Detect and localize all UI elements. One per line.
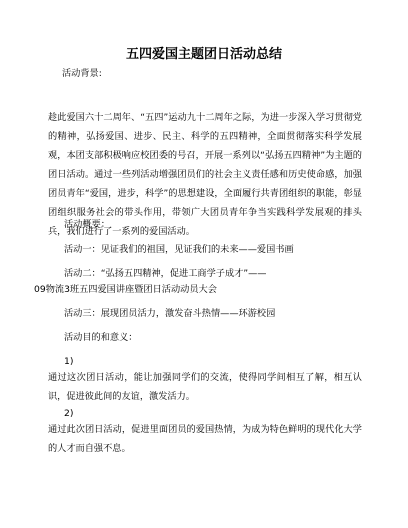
purpose-2-number: 2) <box>64 408 73 420</box>
activity-2-line-2: 09物流3班五四爱国讲座暨团日活动动员大会 <box>34 284 217 296</box>
purpose-heading: 活动目的和意义： <box>64 332 138 344</box>
activity-2-line-1: 活动二：“弘扬五四精神，促进工商学子成才”—— <box>64 268 266 280</box>
purpose-2-text: 通过此次团日活动，促进里面团员的爱国热情，为成为特色鲜明的现代化大学的人才而自强… <box>48 420 362 458</box>
overview-heading: 活动概要： <box>64 219 110 231</box>
background-heading: 活动背景: <box>62 68 102 80</box>
activity-1: 活动一：见证我们的祖国，见证我们的未来——爱国书画 <box>64 244 294 256</box>
activity-3: 活动三：展现团员活力，激发奋斗热情——环游校园 <box>64 308 275 320</box>
purpose-1-number: 1) <box>64 356 73 368</box>
document-page: 五四爱国主题团日活动总结 活动背景: 趁此爱国六十二周年、“五四”运动九十二周年… <box>0 0 408 528</box>
purpose-1-text: 通过这次团日活动，能让加强同学们的交流，使得同学间相互了解，相互认识，促进彼此间… <box>48 368 362 406</box>
document-title: 五四爱国主题团日活动总结 <box>0 47 408 63</box>
